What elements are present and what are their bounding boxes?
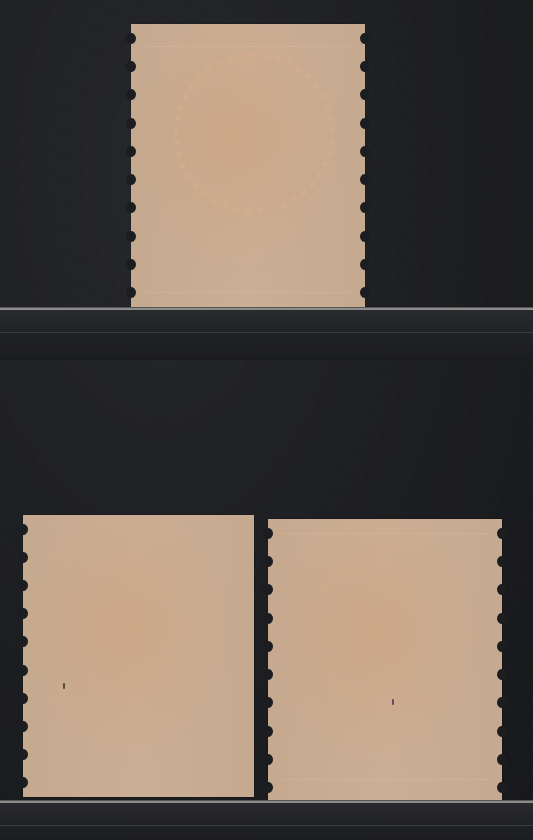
stock-strip: [0, 308, 533, 360]
paper-speck: [392, 699, 394, 705]
design-show-through: [310, 545, 472, 707]
perforations-left: [18, 515, 28, 797]
stock-page: [0, 0, 533, 840]
perforations-right: [497, 519, 507, 802]
design-frame-line: [282, 533, 488, 534]
design-show-through: [173, 52, 335, 214]
stamp-back-bottom-left: [23, 515, 254, 797]
perforations-left: [126, 24, 136, 307]
stamp-back-bottom-right: [268, 519, 502, 802]
design-frame-line: [145, 292, 351, 293]
paper-speck: [63, 683, 65, 689]
design-frame-line: [145, 46, 351, 47]
perforations-left: [263, 519, 273, 802]
design-frame-line: [282, 779, 488, 780]
perforations-right: [360, 24, 370, 307]
stamp-back-top: [131, 24, 365, 307]
stock-strip: [0, 801, 533, 840]
